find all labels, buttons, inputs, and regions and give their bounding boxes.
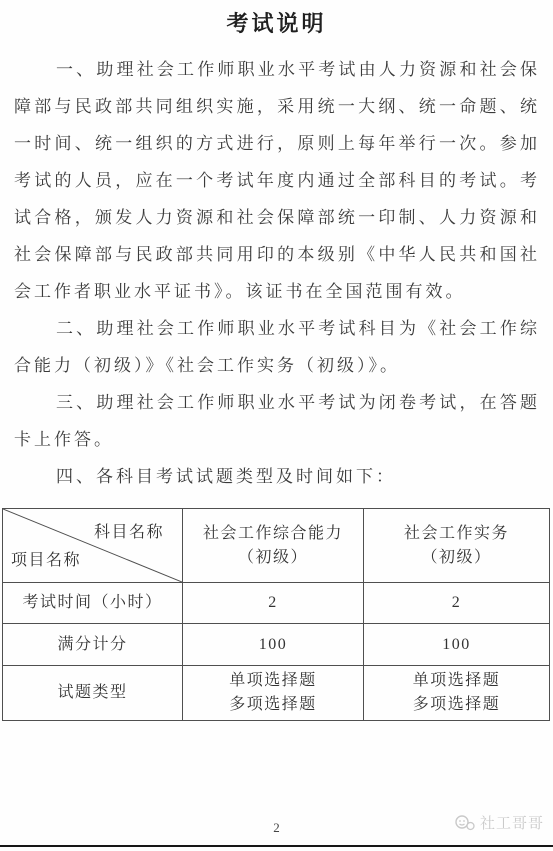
exam-schedule-table: 科目名称 项目名称 社会工作综合能力 （初级） 社会工作实务 （初级） 考试时间… (2, 508, 550, 721)
document-page: 考试说明 一、助理社会工作师职业水平考试由人力资源和社会保障部与民政部共同组织实… (0, 0, 553, 851)
page-title: 考试说明 (0, 0, 553, 38)
body-text: 一、助理社会工作师职业水平考试由人力资源和社会保障部与民政部共同组织实施，采用统… (14, 51, 540, 495)
row-label-question-type: 试题类型 (3, 666, 183, 721)
paragraph-1: 一、助理社会工作师职业水平考试由人力资源和社会保障部与民政部共同组织实施，采用统… (14, 51, 540, 310)
footer-divider-bar (0, 845, 553, 847)
cell-full-score-b: 100 (364, 624, 550, 666)
page-number: 2 (0, 820, 553, 836)
row-label-exam-time: 考试时间（小时） (3, 583, 183, 624)
table-corner-cell: 科目名称 项目名称 (3, 509, 183, 583)
cell-exam-time-a: 2 (183, 583, 364, 624)
cell-full-score-a: 100 (183, 624, 364, 666)
table-row-question-type: 试题类型 单项选择题 多项选择题 单项选择题 多项选择题 (3, 666, 550, 721)
table-header-row: 科目名称 项目名称 社会工作综合能力 （初级） 社会工作实务 （初级） (3, 509, 550, 583)
cell-question-type-b: 单项选择题 多项选择题 (364, 666, 550, 721)
table-row-exam-time: 考试时间（小时） 2 2 (3, 583, 550, 624)
header-subject-comprehensive: 社会工作综合能力 （初级） (183, 509, 364, 583)
cell-exam-time-b: 2 (364, 583, 550, 624)
corner-label-item: 项目名称 (11, 549, 81, 573)
paragraph-2: 二、助理社会工作师职业水平考试科目为《社会工作综合能力（初级）》《社会工作实务（… (14, 310, 540, 384)
table-row-full-score: 满分计分 100 100 (3, 624, 550, 666)
paragraph-3: 三、助理社会工作师职业水平考试为闭卷考试，在答题卡上作答。 (14, 384, 540, 458)
corner-label-subject: 科目名称 (94, 521, 164, 545)
cell-question-type-a: 单项选择题 多项选择题 (183, 666, 364, 721)
row-label-full-score: 满分计分 (3, 624, 183, 666)
header-subject-practice: 社会工作实务 （初级） (364, 509, 550, 583)
paragraph-4: 四、各科目考试试题类型及时间如下： (14, 458, 540, 495)
